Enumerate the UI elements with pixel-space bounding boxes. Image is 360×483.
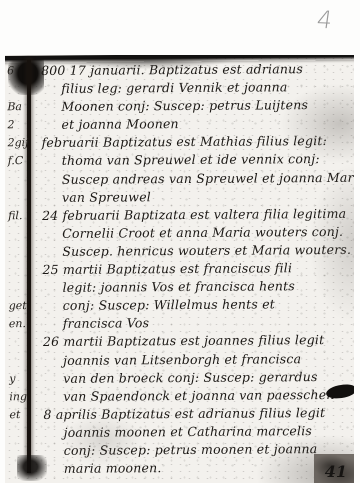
manuscript-line: 26 martii Baptizatus est joannes filius … xyxy=(43,331,354,351)
page-number-pencil: 4 xyxy=(315,6,334,35)
manuscript-line-text: Suscep. henricus wouters et Maria wouter… xyxy=(62,241,351,261)
scanned-photocopy: 4 6800 17 januarii. Baptizatus est adria… xyxy=(0,0,360,483)
manuscript-line: Cornelii Croot et anna Maria wouters con… xyxy=(42,223,353,243)
manuscript-line-text: 8 aprilis Baptizatus est adrianus filius… xyxy=(43,404,325,424)
margin-note: get xyxy=(9,297,39,315)
manuscript-line-text: 25 martii Baptizatus est franciscus fili xyxy=(42,259,292,279)
manuscript-line-text: van Spaendonck et joanna van paesschen xyxy=(63,386,334,406)
manuscript-line-text: van Spreuwel xyxy=(62,188,151,207)
manuscript-line: ingvan Spaendonck et joanna van paessche… xyxy=(43,386,354,406)
manuscript-lines: 6800 17 januarii. Baptizatus est adrianu… xyxy=(41,60,354,478)
manuscript-line-text: maria moonen. xyxy=(64,459,162,478)
margin-note: ing xyxy=(9,388,39,406)
manuscript-line: 6800 17 januarii. Baptizatus est adrianu… xyxy=(41,60,352,80)
manuscript-line-text: joannis van Litsenborgh et francisca xyxy=(63,350,301,370)
manuscript-line: yvan den broeck conj: Suscep: gerardus xyxy=(43,367,354,387)
manuscript-line: 2gijfebruarii Baptizatus est Mathias fil… xyxy=(42,132,353,152)
manuscript-line: 25 martii Baptizatus est franciscus fili xyxy=(42,259,353,279)
manuscript-line: getconj: Suscep: Willelmus hents et xyxy=(43,295,354,315)
manuscript-line: BaMoonen conj: Suscep: petrus Luijtens xyxy=(41,96,352,116)
corner-blotch: 41 xyxy=(314,454,354,483)
manuscript-line: Suscep andreas van Spreuwel et joanna Ma… xyxy=(42,168,353,188)
register-page-scan: 6800 17 januarii. Baptizatus est adrianu… xyxy=(5,55,354,483)
margin-note: 2gij xyxy=(8,134,38,152)
manuscript-line-text: februarii Baptizatus est Mathias filius … xyxy=(42,132,328,152)
margin-note: fil. xyxy=(8,207,38,225)
manuscript-line: 2et joanna Moonen xyxy=(41,114,352,134)
manuscript-line: f.Cthoma van Spreuwel et ide vennix conj… xyxy=(42,150,353,170)
margin-note: en. xyxy=(9,315,39,333)
manuscript-line-text: francisca Vos xyxy=(63,315,149,334)
margin-note: et xyxy=(9,406,39,424)
manuscript-line-text: van den broeck conj: Suscep: gerardus xyxy=(63,368,317,388)
manuscript-line-text: legit: joannis Vos et francisca hents xyxy=(63,277,296,297)
manuscript-line-text: Cornelii Croot et anna Maria wouters con… xyxy=(62,223,343,243)
manuscript-line-text: filius leg: gerardi Vennik et joanna xyxy=(61,78,287,98)
manuscript-line: filius leg: gerardi Vennik et joanna xyxy=(41,78,352,98)
manuscript-line-text: joannis moonen et Catharina marcelis xyxy=(64,422,313,442)
manuscript-line: van Spreuwel xyxy=(42,186,353,206)
manuscript-line: en.francisca Vos xyxy=(43,313,354,333)
manuscript-line-text: conj: Suscep: Willelmus hents et xyxy=(63,296,275,316)
fold-shadow-bottom xyxy=(17,455,47,481)
manuscript-line: fil.24 februarii Baptizata est valtera f… xyxy=(42,205,353,225)
margin-note: y xyxy=(9,370,39,388)
manuscript-line: et8 aprilis Baptizatus est adrianus fili… xyxy=(43,404,354,424)
manuscript-line: maria moonen. xyxy=(44,458,354,478)
manuscript-line-text: 800 17 januarii. Baptizatus est adrianus xyxy=(41,60,303,80)
margin-note: f.C xyxy=(8,152,38,170)
margin-note: 2 xyxy=(7,116,37,134)
margin-note: 6 xyxy=(7,62,37,80)
manuscript-line-text: Moonen conj: Suscep: petrus Luijtens xyxy=(61,96,308,116)
manuscript-line-text: et joanna Moonen xyxy=(61,115,178,134)
manuscript-line-text: 24 februarii Baptizata est valtera filia… xyxy=(42,205,346,225)
manuscript-line: legit: joannis Vos et francisca hents xyxy=(43,277,354,297)
manuscript-line-text: thoma van Spreuwel et ide vennix conj: xyxy=(62,151,320,171)
manuscript-line-text: conj: Suscep: petrus moonen et joanna xyxy=(64,440,318,460)
margin-note: Ba xyxy=(7,98,37,116)
archive-number: 41 xyxy=(325,462,347,481)
manuscript-line: Suscep. henricus wouters et Maria wouter… xyxy=(42,241,353,261)
manuscript-line: conj: Suscep: petrus moonen et joanna xyxy=(44,440,354,460)
manuscript-line: joannis van Litsenborgh et francisca xyxy=(43,349,354,369)
manuscript-line-text: 26 martii Baptizatus est joannes filius … xyxy=(43,331,324,351)
manuscript-line-text: Suscep andreas van Spreuwel et joanna Ma… xyxy=(62,168,354,188)
manuscript-line: joannis moonen et Catharina marcelis xyxy=(44,422,354,442)
